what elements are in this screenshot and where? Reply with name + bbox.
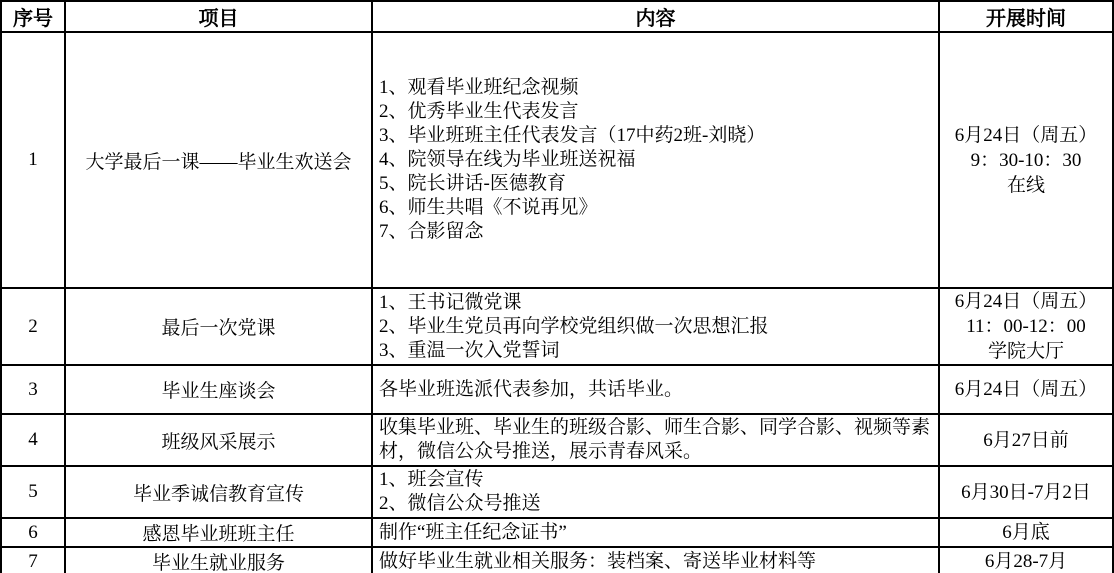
cell-no: 4: [1, 414, 65, 466]
cell-no: 6: [1, 518, 65, 547]
cell-content: 1、班会宣传 2、微信公众号推送: [372, 466, 939, 518]
table-header-row: 序号 项目 内容 开展时间: [1, 1, 1113, 32]
cell-project: 毕业生座谈会: [65, 365, 372, 414]
table-row: 2 最后一次党课 1、王书记微党课 2、毕业生党员再向学校党组织做一次思想汇报 …: [1, 288, 1113, 365]
cell-project: 毕业生就业服务: [65, 547, 372, 573]
header-cell-content: 内容: [372, 1, 939, 32]
table-row: 6 感恩毕业班班主任 制作“班主任纪念证书” 6月底: [1, 518, 1113, 547]
cell-time: 6月27日前: [939, 414, 1113, 466]
cell-project: 班级风采展示: [65, 414, 372, 466]
cell-no: 2: [1, 288, 65, 365]
table-row: 4 班级风采展示 收集毕业班、毕业生的班级合影、师生合影、同学合影、视频等素材，…: [1, 414, 1113, 466]
cell-no: 1: [1, 32, 65, 288]
cell-no: 3: [1, 365, 65, 414]
cell-time: 6月底: [939, 518, 1113, 547]
cell-time: 6月28-7月: [939, 547, 1113, 573]
cell-time: 6月30日-7月2日: [939, 466, 1113, 518]
cell-content: 制作“班主任纪念证书”: [372, 518, 939, 547]
cell-project: 毕业季诚信教育宣传: [65, 466, 372, 518]
graduation-activities-table: 序号 项目 内容 开展时间 1 大学最后一课——毕业生欢送会 1、观看毕业班纪念…: [0, 0, 1114, 573]
table-row: 1 大学最后一课——毕业生欢送会 1、观看毕业班纪念视频 2、优秀毕业生代表发言…: [1, 32, 1113, 288]
cell-content: 做好毕业生就业相关服务：装档案、寄送毕业材料等: [372, 547, 939, 573]
cell-time: 6月24日（周五） 9：30-10：30 在线: [939, 32, 1113, 288]
cell-no: 7: [1, 547, 65, 573]
header-cell-project: 项目: [65, 1, 372, 32]
cell-project: 感恩毕业班班主任: [65, 518, 372, 547]
table-row: 3 毕业生座谈会 各毕业班选派代表参加，共话毕业。 6月24日（周五）: [1, 365, 1113, 414]
cell-project: 大学最后一课——毕业生欢送会: [65, 32, 372, 288]
cell-content: 各毕业班选派代表参加，共话毕业。: [372, 365, 939, 414]
cell-no: 5: [1, 466, 65, 518]
header-cell-no: 序号: [1, 1, 65, 32]
cell-content: 收集毕业班、毕业生的班级合影、师生合影、同学合影、视频等素材，微信公众号推送，展…: [372, 414, 939, 466]
cell-time: 6月24日（周五） 11：00-12：00 学院大厅: [939, 288, 1113, 365]
cell-content: 1、观看毕业班纪念视频 2、优秀毕业生代表发言 3、毕业班班主任代表发言（17中…: [372, 32, 939, 288]
cell-content: 1、王书记微党课 2、毕业生党员再向学校党组织做一次思想汇报 3、重温一次入党誓…: [372, 288, 939, 365]
cell-time: 6月24日（周五）: [939, 365, 1113, 414]
header-cell-time: 开展时间: [939, 1, 1113, 32]
cell-project: 最后一次党课: [65, 288, 372, 365]
table-row: 5 毕业季诚信教育宣传 1、班会宣传 2、微信公众号推送 6月30日-7月2日: [1, 466, 1113, 518]
graduation-schedule-page: 序号 项目 内容 开展时间 1 大学最后一课——毕业生欢送会 1、观看毕业班纪念…: [0, 0, 1114, 573]
table-row: 7 毕业生就业服务 做好毕业生就业相关服务：装档案、寄送毕业材料等 6月28-7…: [1, 547, 1113, 573]
